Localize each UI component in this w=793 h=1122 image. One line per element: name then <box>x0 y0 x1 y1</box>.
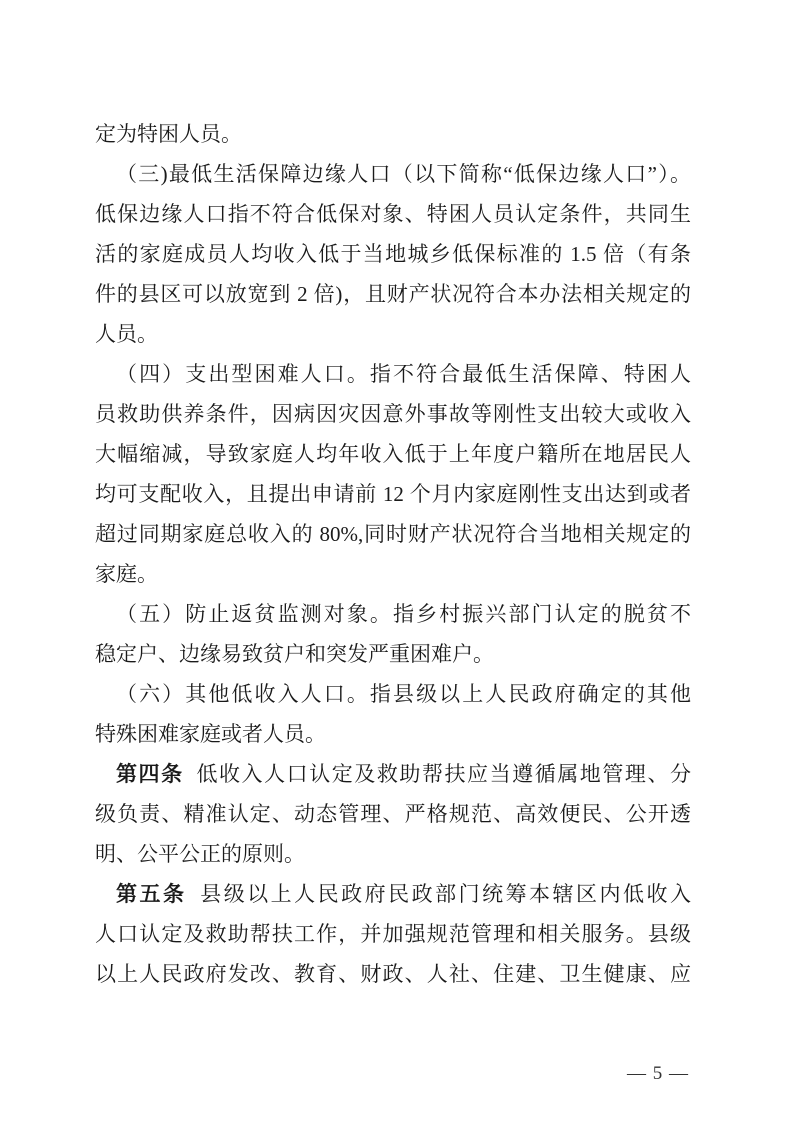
text-line: 员救助供养条件，因病因灾因意外事故等刚性支出较大或收入 <box>95 394 691 434</box>
page-footer: — 5 — <box>604 1041 689 1107</box>
text-line: 活的家庭成员人均收入低于当地城乡低保标准的 1.5 倍（有条 <box>95 234 691 274</box>
article-number: 第五条 <box>116 882 186 906</box>
text-line: （四）支出型困难人口。指不符合最低生活保障、特困人 <box>95 354 691 394</box>
text-line: 人员。 <box>95 314 691 354</box>
document-body: 定为特困人员。（三)最低生活保障边缘人口（以下简称“低保边缘人口”）。低保边缘人… <box>95 114 691 994</box>
text-line: 级负责、精准认定、动态管理、严格规范、高效便民、公开透 <box>95 794 691 834</box>
text-line: 件的县区可以放宽到 2 倍)，且财产状况符合本办法相关规定的 <box>95 274 691 314</box>
text-line: 人口认定及救助帮扶工作，并加强规范管理和相关服务。县级 <box>95 914 691 954</box>
text-line: 特殊困难家庭或者人员。 <box>95 714 691 754</box>
document-page: 定为特困人员。（三)最低生活保障边缘人口（以下简称“低保边缘人口”）。低保边缘人… <box>0 0 793 1122</box>
text-line: 家庭。 <box>95 554 691 594</box>
text-line: 低保边缘人口指不符合低保对象、特困人员认定条件，共同生 <box>95 194 691 234</box>
text-line: （五）防止返贫监测对象。指乡村振兴部门认定的脱贫不 <box>95 594 691 634</box>
article-number: 第四条 <box>116 762 184 786</box>
text-line: 明、公平公正的原则。 <box>95 834 691 874</box>
text-line: 稳定户、边缘易致贫户和突发严重困难户。 <box>95 634 691 674</box>
page-number: — 5 — <box>627 1063 689 1084</box>
text-line: 超过同期家庭总收入的 80%,同时财产状况符合当地相关规定的 <box>95 514 691 554</box>
text-line: 第四条 低收入人口认定及救助帮扶应当遵循属地管理、分 <box>95 754 691 794</box>
text-line: 以上人民政府发改、教育、财政、人社、住建、卫生健康、应 <box>95 954 691 994</box>
text-line: 定为特困人员。 <box>95 114 691 154</box>
text-line: 第五条 县级以上人民政府民政部门统筹本辖区内低收入 <box>95 874 691 914</box>
text-line: 大幅缩减，导致家庭人均年收入低于上年度户籍所在地居民人 <box>95 434 691 474</box>
text-line: （三)最低生活保障边缘人口（以下简称“低保边缘人口”）。 <box>95 154 691 194</box>
text-line: （六）其他低收入人口。指县级以上人民政府确定的其他 <box>95 674 691 714</box>
text-line: 均可支配收入，且提出申请前 12 个月内家庭刚性支出达到或者 <box>95 474 691 514</box>
